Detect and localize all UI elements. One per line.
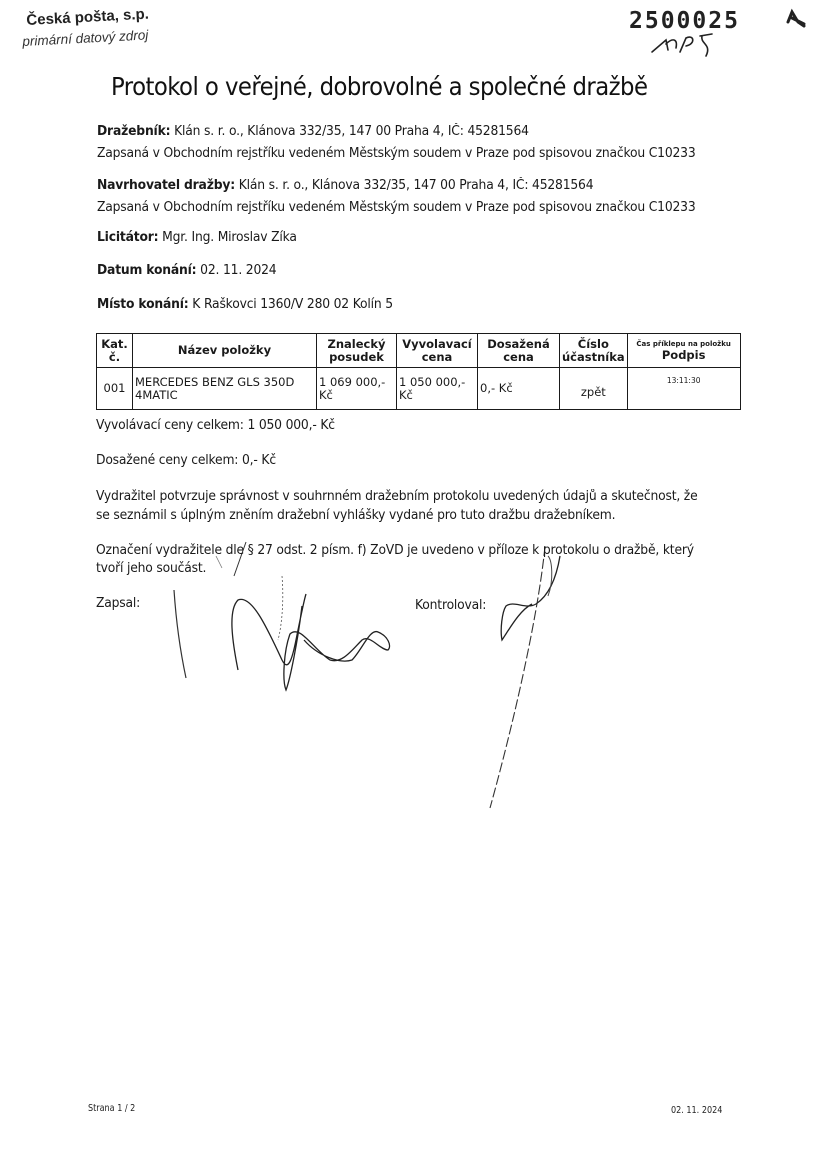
paragraph-1-line-2: se seznámil s úplným zněním dražební vyh… <box>96 508 615 523</box>
table-header-row: Kat. č. Název položky Znaleckýposudek Vy… <box>97 334 741 368</box>
cell-cislo: zpět <box>560 368 628 410</box>
cell-dosazena: 0,- Kč <box>478 368 560 410</box>
misto-label: Místo konání: <box>97 297 189 312</box>
drazebnik-label: Dražebník: <box>97 124 170 139</box>
datum-line: Datum konání: 02. 11. 2024 <box>97 263 276 278</box>
licitator-line: Licitátor: Mgr. Ing. Miroslav Zíka <box>97 230 297 245</box>
items-table: Kat. č. Název položky Znaleckýposudek Vy… <box>96 333 741 410</box>
misto-line: Místo konání: K Raškovci 1360/V 280 02 K… <box>97 297 393 312</box>
datum-value: 02. 11. 2024 <box>200 263 276 278</box>
table-row: 001 MERCEDES BENZ GLS 350D4MATIC 1 069 0… <box>97 368 741 410</box>
licitator-value: Mgr. Ing. Miroslav Zíka <box>162 230 297 245</box>
licitator-label: Licitátor: <box>97 230 158 245</box>
navrhovatel-registration: Zapsaná v Obchodním rejstříku vedeném Mě… <box>97 200 696 215</box>
paragraph-1-line-1: Vydražitel potvrzuje správnost v souhrnn… <box>96 489 698 504</box>
header-cislo: Čísloúčastníka <box>560 334 628 368</box>
page-title: Protokol o veřejné, dobrovolné a společn… <box>111 72 647 101</box>
drazebnik-value: Klán s. r. o., Klánova 332/35, 147 00 Pr… <box>174 124 529 139</box>
paragraph-2-line-1: Označení vydražitele dle § 27 odst. 2 pí… <box>96 543 694 558</box>
cell-cas: 13:11:30 <box>627 368 740 410</box>
total-dosazene: Dosažené ceny celkem: 0,- Kč <box>96 453 276 468</box>
header-znalecky: Znaleckýposudek <box>317 334 397 368</box>
zapsal-label: Zapsal: <box>96 596 140 611</box>
stamp-subtitle: primární datový zdroj <box>22 27 149 49</box>
navrhovatel-line: Navrhovatel dražby: Klán s. r. o., Kláno… <box>97 178 593 193</box>
header-vyvolavaci: Vyvolavacícena <box>397 334 478 368</box>
header-dosazena: Dosaženácena <box>478 334 560 368</box>
footer-date: 02. 11. 2024 <box>671 1105 722 1116</box>
footer-page: Strana 1 / 2 <box>88 1103 135 1114</box>
misto-value: K Raškovci 1360/V 280 02 Kolín 5 <box>192 297 393 312</box>
cell-kat: 001 <box>97 368 133 410</box>
cell-vyvolavaci: 1 050 000,- Kč <box>397 368 478 410</box>
drazebnik-line: Dražebník: Klán s. r. o., Klánova 332/35… <box>97 124 529 139</box>
navrhovatel-value: Klán s. r. o., Klánova 332/35, 147 00 Pr… <box>239 178 594 193</box>
handwritten-marks <box>0 0 820 1176</box>
datum-label: Datum konání: <box>97 263 196 278</box>
header-nazev: Název položky <box>133 334 317 368</box>
header-podpis: Čas příklepu na položkuPodpis <box>627 334 740 368</box>
total-vyvolavaci: Vyvolávací ceny celkem: 1 050 000,- Kč <box>96 418 335 433</box>
cell-znalecky: 1 069 000,- Kč <box>317 368 397 410</box>
paragraph-2-line-2: tvoří jeho součást. <box>96 561 206 576</box>
stamp-organization: Česká pošta, s.p. <box>26 6 149 29</box>
header-kat: Kat. č. <box>97 334 133 368</box>
document-number: 2500025 <box>629 8 740 34</box>
navrhovatel-label: Navrhovatel dražby: <box>97 178 235 193</box>
cell-nazev: MERCEDES BENZ GLS 350D4MATIC <box>133 368 317 410</box>
drazebnik-registration: Zapsaná v Obchodním rejstříku vedeném Mě… <box>97 146 696 161</box>
kontroloval-label: Kontroloval: <box>415 598 486 613</box>
